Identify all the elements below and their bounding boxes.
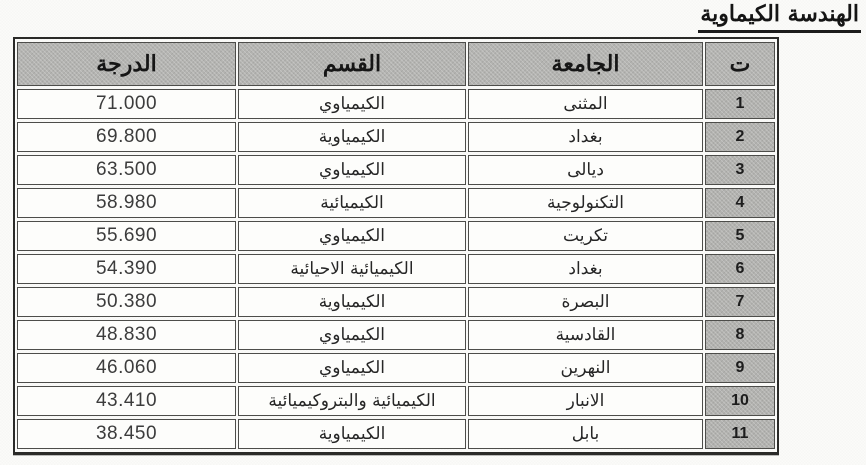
- department-cell: الكيمياوية: [238, 287, 466, 317]
- university-cell: بغداد: [468, 254, 703, 284]
- table-row: 63.500 الكيمياوي ديالى 3: [17, 155, 775, 185]
- table-row: 50.380 الكيمياوية البصرة 7: [17, 287, 775, 317]
- universities-score-table: الدرجة القسم الجامعة ت 71.000 الكيمياوي …: [13, 37, 779, 455]
- row-index-cell: 4: [705, 188, 775, 218]
- university-cell: القادسية: [468, 320, 703, 350]
- table-row: 55.690 الكيمياوي تكريت 5: [17, 221, 775, 251]
- university-cell: بابل: [468, 419, 703, 449]
- score-cell: 48.830: [17, 320, 236, 350]
- row-index-cell: 11: [705, 419, 775, 449]
- score-cell: 63.500: [17, 155, 236, 185]
- column-header-university: الجامعة: [468, 42, 703, 86]
- row-index-cell: 9: [705, 353, 775, 383]
- score-cell: 38.450: [17, 419, 236, 449]
- row-index-cell: 8: [705, 320, 775, 350]
- row-index-cell: 1: [705, 89, 775, 119]
- table-header-row: الدرجة القسم الجامعة ت: [17, 42, 775, 86]
- table-row: 58.980 الكيميائية التكنولوجية 4: [17, 188, 775, 218]
- university-cell: النهرين: [468, 353, 703, 383]
- department-cell: الكيميائية الاحيائية: [238, 254, 466, 284]
- column-header-index: ت: [705, 42, 775, 86]
- department-cell: الكيميائية والبتروكيميائية: [238, 386, 466, 416]
- university-cell: البصرة: [468, 287, 703, 317]
- score-cell: 69.800: [17, 122, 236, 152]
- table-header: الدرجة القسم الجامعة ت: [17, 42, 775, 86]
- table-body: 71.000 الكيمياوي المثنى 1 69.800 الكيميا…: [17, 89, 775, 449]
- university-cell: الانبار: [468, 386, 703, 416]
- table-row: 69.800 الكيمياوية بغداد 2: [17, 122, 775, 152]
- table-row: 43.410 الكيميائية والبتروكيميائية الانبا…: [17, 386, 775, 416]
- table-row: 46.060 الكيمياوي النهرين 9: [17, 353, 775, 383]
- score-cell: 50.380: [17, 287, 236, 317]
- score-cell: 71.000: [17, 89, 236, 119]
- university-cell: تكريت: [468, 221, 703, 251]
- university-cell: بغداد: [468, 122, 703, 152]
- score-cell: 55.690: [17, 221, 236, 251]
- department-cell: الكيمياوية: [238, 419, 466, 449]
- page-title: الهندسة الكيماوية: [698, 1, 861, 33]
- row-index-cell: 6: [705, 254, 775, 284]
- column-header-score: الدرجة: [17, 42, 236, 86]
- university-cell: المثنى: [468, 89, 703, 119]
- department-cell: الكيمياوي: [238, 89, 466, 119]
- table-row: 48.830 الكيمياوي القادسية 8: [17, 320, 775, 350]
- department-cell: الكيمياوي: [238, 320, 466, 350]
- score-cell: 54.390: [17, 254, 236, 284]
- scanned-document-page: { "page": { "title": "الهندسة الكيماوية"…: [0, 0, 866, 465]
- university-cell: التكنولوجية: [468, 188, 703, 218]
- row-index-cell: 5: [705, 221, 775, 251]
- department-cell: الكيميائية: [238, 188, 466, 218]
- row-index-cell: 10: [705, 386, 775, 416]
- department-cell: الكيمياوي: [238, 221, 466, 251]
- table-row: 38.450 الكيمياوية بابل 11: [17, 419, 775, 449]
- score-cell: 43.410: [17, 386, 236, 416]
- row-index-cell: 2: [705, 122, 775, 152]
- department-cell: الكيمياوي: [238, 155, 466, 185]
- row-index-cell: 3: [705, 155, 775, 185]
- column-header-department: القسم: [238, 42, 466, 86]
- university-cell: ديالى: [468, 155, 703, 185]
- score-cell: 46.060: [17, 353, 236, 383]
- table-row: 54.390 الكيميائية الاحيائية بغداد 6: [17, 254, 775, 284]
- department-cell: الكيمياوي: [238, 353, 466, 383]
- table-row: 71.000 الكيمياوي المثنى 1: [17, 89, 775, 119]
- row-index-cell: 7: [705, 287, 775, 317]
- score-cell: 58.980: [17, 188, 236, 218]
- department-cell: الكيمياوية: [238, 122, 466, 152]
